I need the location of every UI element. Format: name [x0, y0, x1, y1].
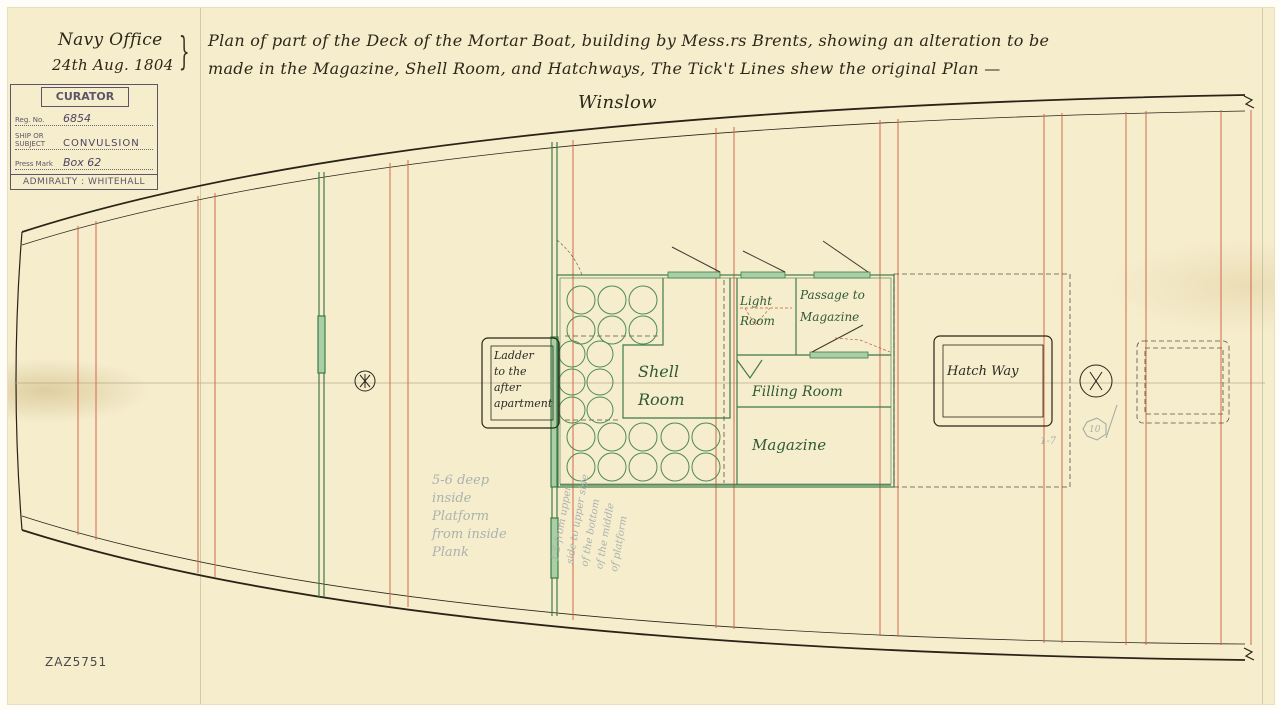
pencil-line: 5-6 deep [432, 472, 507, 490]
pencil-line: from inside [432, 526, 507, 544]
break-marks [1244, 96, 1254, 660]
label-shell-line: Shell [638, 358, 684, 386]
hatch-way [934, 336, 1052, 426]
pencil-mark-10: 10 [1089, 421, 1100, 439]
label-light-room: Light Room [740, 291, 775, 331]
pencil-line: inside [432, 490, 507, 508]
reference-number: ZAZ5751 [45, 655, 107, 669]
pencil-mark [1106, 405, 1117, 438]
label-light-line: Light [740, 291, 775, 311]
label-shell-line: Room [638, 386, 684, 414]
pencil-line: Platform [432, 508, 507, 526]
pencil-mark-17: 1-7 [1040, 433, 1056, 451]
pencil-note-left: 5-6 deep inside Platform from inside Pla… [432, 472, 507, 562]
label-ladder-line: after [494, 380, 552, 396]
label-light-line: Room [740, 311, 775, 331]
label-filling-room: Filling Room [752, 384, 843, 400]
label-ladder-line: Ladder [494, 348, 552, 364]
deck-plan-drawing [0, 0, 1280, 709]
label-shell-room: Shell Room [638, 358, 684, 414]
pencil-line: Plank [432, 544, 507, 562]
label-passage-line: Magazine [800, 306, 865, 328]
label-passage: Passage to Magazine [800, 284, 865, 328]
label-ladder-line: apartment [494, 396, 552, 412]
hull-outline [16, 95, 1245, 660]
door-arc [557, 240, 582, 275]
label-ladder: Ladder to the after apartment [494, 348, 552, 412]
label-passage-line: Passage to [800, 284, 865, 306]
label-ladder-line: to the [494, 364, 552, 380]
label-magazine: Magazine [752, 436, 826, 454]
pencil-note-vertical: 1-5 from upper side to upper side of the… [548, 471, 638, 573]
label-hatch-way: Hatch Way [947, 364, 1018, 379]
